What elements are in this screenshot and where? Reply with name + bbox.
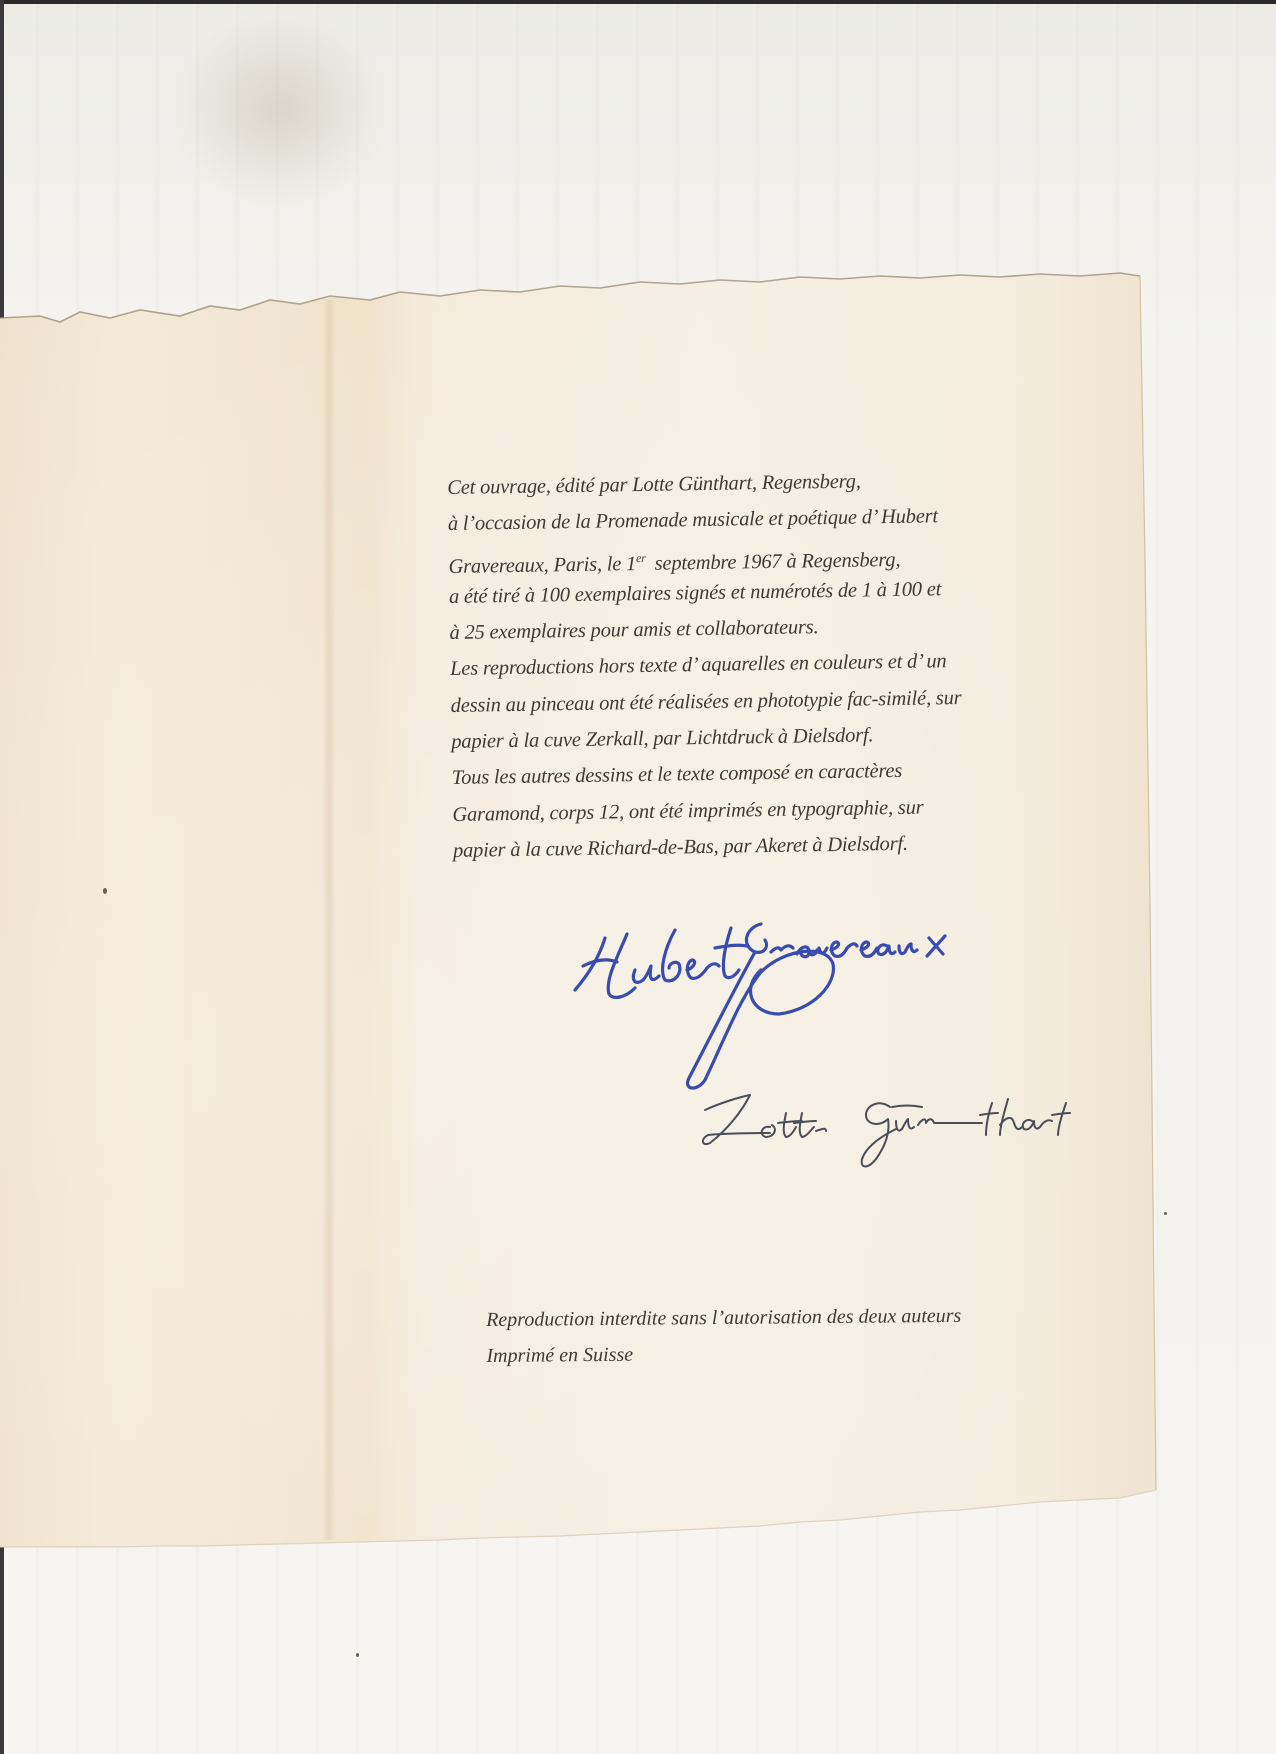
colophon-line-part: Gravereaux, Paris, le 1 — [448, 553, 636, 578]
signature-stroke — [690, 1085, 1090, 1175]
colophon-line-part: septembre 1967 à Regensberg, — [650, 548, 901, 574]
scan-top-border — [0, 0, 1276, 4]
colophon-text: Cet ouvrage, édité par Lotte Günthart, R… — [447, 460, 1093, 869]
signature-stroke — [565, 918, 965, 1098]
scanner-smudge — [170, 10, 390, 210]
paper-speck — [103, 888, 107, 894]
printed-in-notice: Imprimé en Suisse — [486, 1333, 1086, 1374]
reproduction-notice: Reproduction interdite sans l’autorisati… — [486, 1297, 1086, 1338]
signature-lotte-gunthart: Lotte Günthart — [690, 1085, 1090, 1175]
paper-speck — [356, 1653, 359, 1657]
ordinal-superscript: er — [636, 550, 646, 564]
signature-hubert-gravereaux: Hubert Gravereaux — [565, 918, 965, 1098]
copyright-footer: Reproduction interdite sans l’autorisati… — [486, 1297, 1087, 1374]
paper-speck — [1164, 1212, 1167, 1215]
paper-fold-crease — [322, 300, 336, 1540]
